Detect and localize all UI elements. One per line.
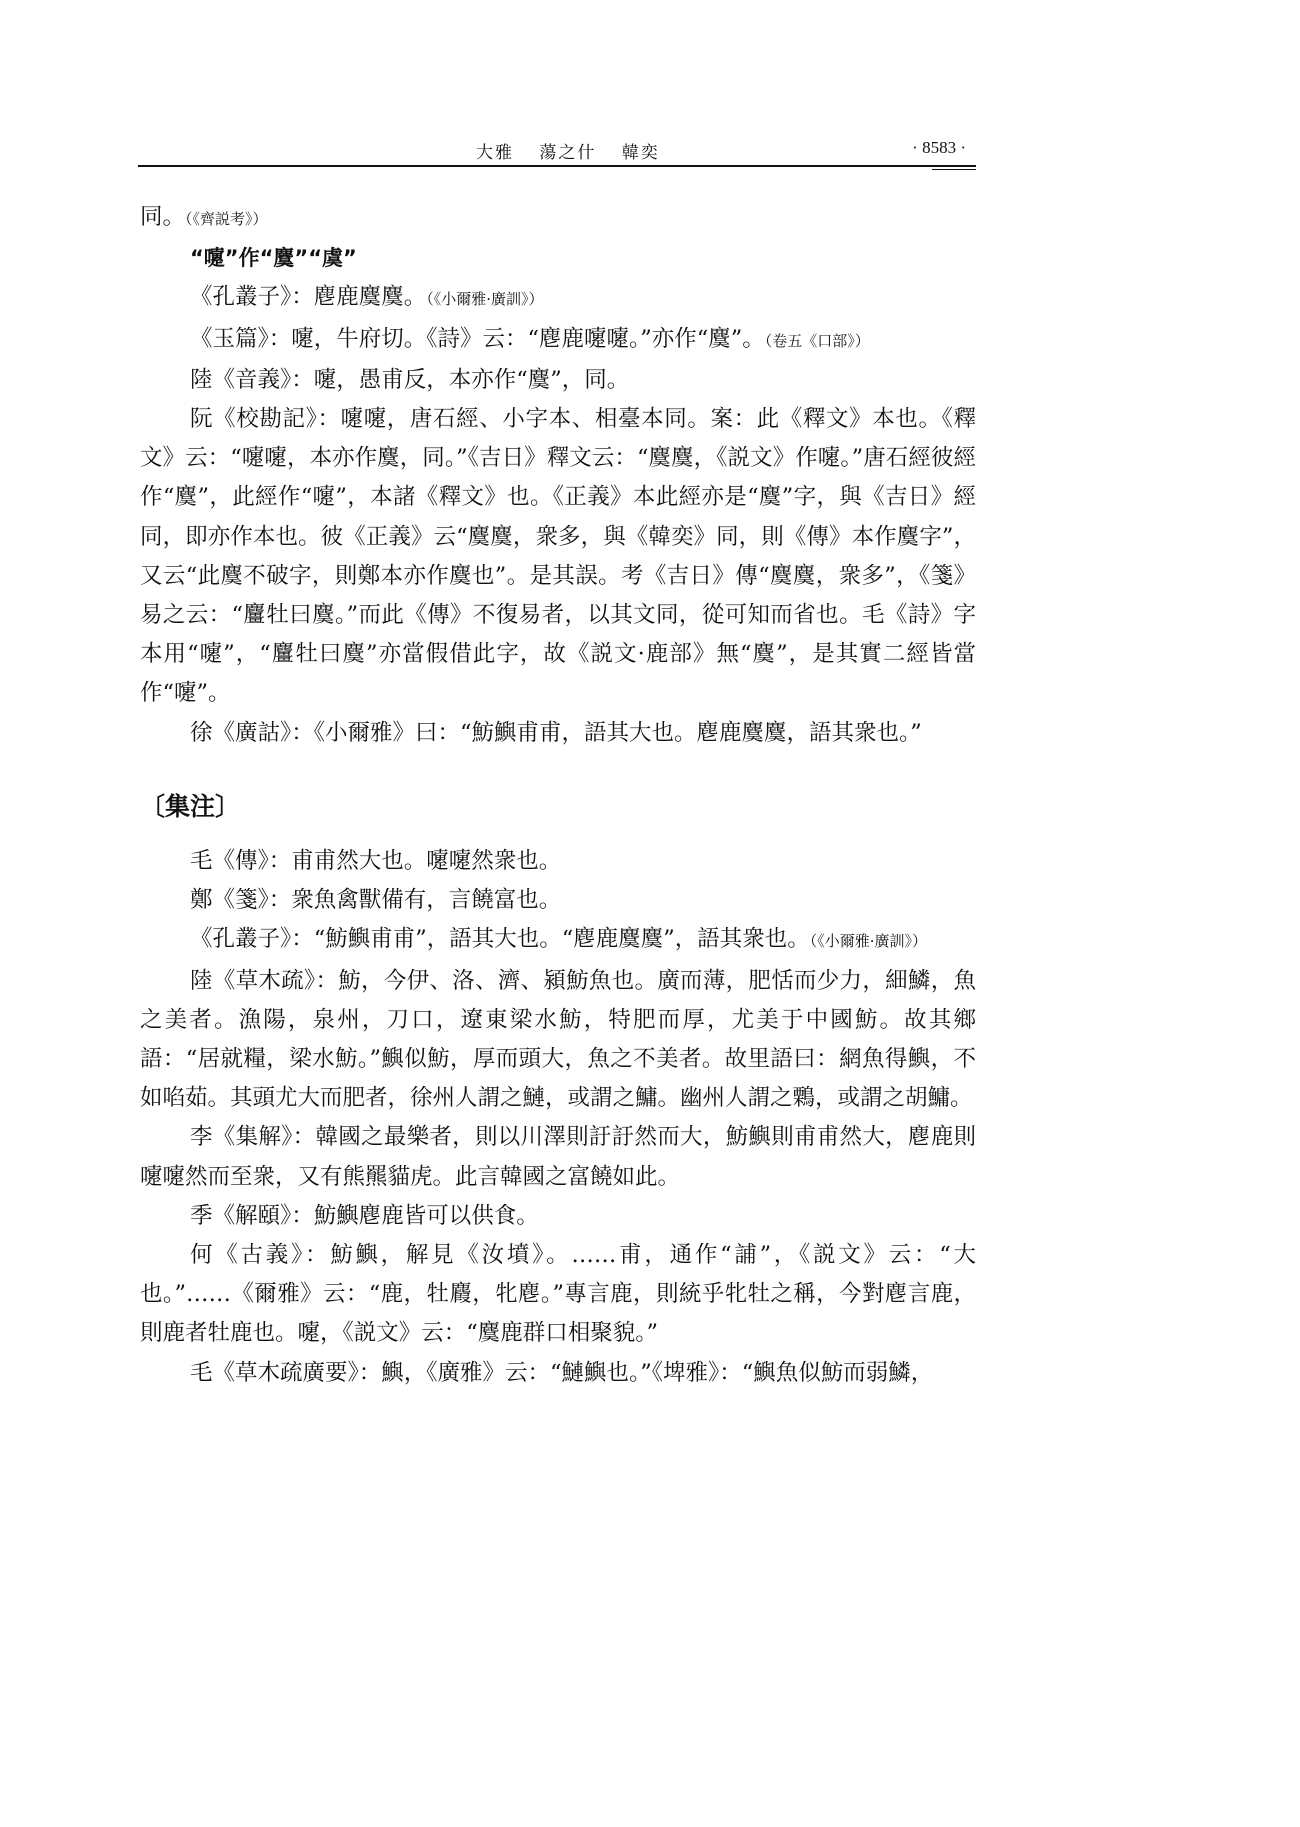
paragraph: 陸《草木疏》：魴，今伊、洛、濟、潁魴魚也。廣而薄，肥恬而少力，細鱗，魚之美者。漁… (140, 962, 976, 1119)
paragraph: 《孔叢子》：麀鹿麌麌。（《小爾雅·廣訓》） (140, 278, 976, 319)
paragraph: 何《古義》：魴鱮，解見《汝墳》。……甫，通作“誧”，《説文》云：“大也。”……《… (140, 1236, 976, 1354)
source-note: （《齊説考》） (185, 210, 268, 228)
paragraph: 李《集解》：韓國之最樂者，則以川澤則訏訏然而大，魴鱮則甫甫然大，麀鹿則嚔嚔然而至… (140, 1118, 976, 1196)
running-title: 大雅 蕩之什 韓奕 (476, 138, 678, 163)
source-note: （《小爾雅·廣訓》） (426, 290, 543, 308)
section-heading: 〔集注〕 (140, 787, 976, 826)
title-part: 韓奕 (622, 143, 660, 163)
paragraph: 季《解頤》：魴鱮麀鹿皆可以供食。 (140, 1197, 976, 1236)
paragraph-text: 《孔叢子》：麀鹿麌麌。 (190, 284, 426, 310)
paragraph: 阮《校勘記》：嚔嚔，唐石經、小字本、相臺本同。案：此《釋文》本也。《釋文》云：“… (140, 400, 976, 714)
paragraph: 毛《傳》：甫甫然大也。嚔嚔然衆也。 (140, 842, 976, 881)
source-note: （卷五《口部》） (765, 332, 870, 350)
title-part: 蕩之什 (539, 143, 596, 163)
paragraph: 《玉篇》：嚔，牛府切。《詩》云：“麀鹿嚔嚔。”亦作“麌”。（卷五《口部》） (140, 320, 976, 361)
paragraph: 同。（《齊説考》） (140, 198, 976, 239)
variant-heading: “嚔”作“麌”“虞” (140, 239, 976, 278)
paragraph: 鄭《箋》：衆魚禽獸備有，言饒富也。 (140, 881, 976, 920)
paragraph: 毛《草木疏廣要》：鱮，《廣雅》云：“鰱鱮也。”《埤雅》：“鱮魚似魴而弱鱗， (140, 1354, 976, 1393)
paragraph-text: 《孔叢子》：“魴鱮甫甫”，語其大也。“麀鹿麌麌”，語其衆也。 (190, 926, 810, 952)
paragraph-text: 《玉篇》：嚔，牛府切。《詩》云：“麀鹿嚔嚔。”亦作“麌”。 (190, 326, 765, 352)
header-rule-segment (932, 169, 976, 170)
running-header: 大雅 蕩之什 韓奕 · 8583 · (138, 130, 980, 170)
header-rule (138, 165, 976, 167)
paragraph-text: 同。 (140, 204, 185, 230)
page-number: · 8583 · (912, 138, 966, 158)
title-part: 大雅 (476, 143, 514, 163)
paragraph: 陸《音義》：嚔，愚甫反，本亦作“麌”，同。 (140, 361, 976, 400)
paragraph: 《孔叢子》：“魴鱮甫甫”，語其大也。“麀鹿麌麌”，語其衆也。（《小爾雅·廣訓》） (140, 920, 976, 961)
page-body: 同。（《齊説考》） “嚔”作“麌”“虞” 《孔叢子》：麀鹿麌麌。（《小爾雅·廣訓… (140, 198, 976, 1393)
source-note: （《小爾雅·廣訓》） (810, 932, 927, 950)
paragraph: 徐《廣詁》：《小爾雅》曰：“魴鱮甫甫，語其大也。麀鹿麌麌，語其衆也。” (140, 714, 976, 753)
